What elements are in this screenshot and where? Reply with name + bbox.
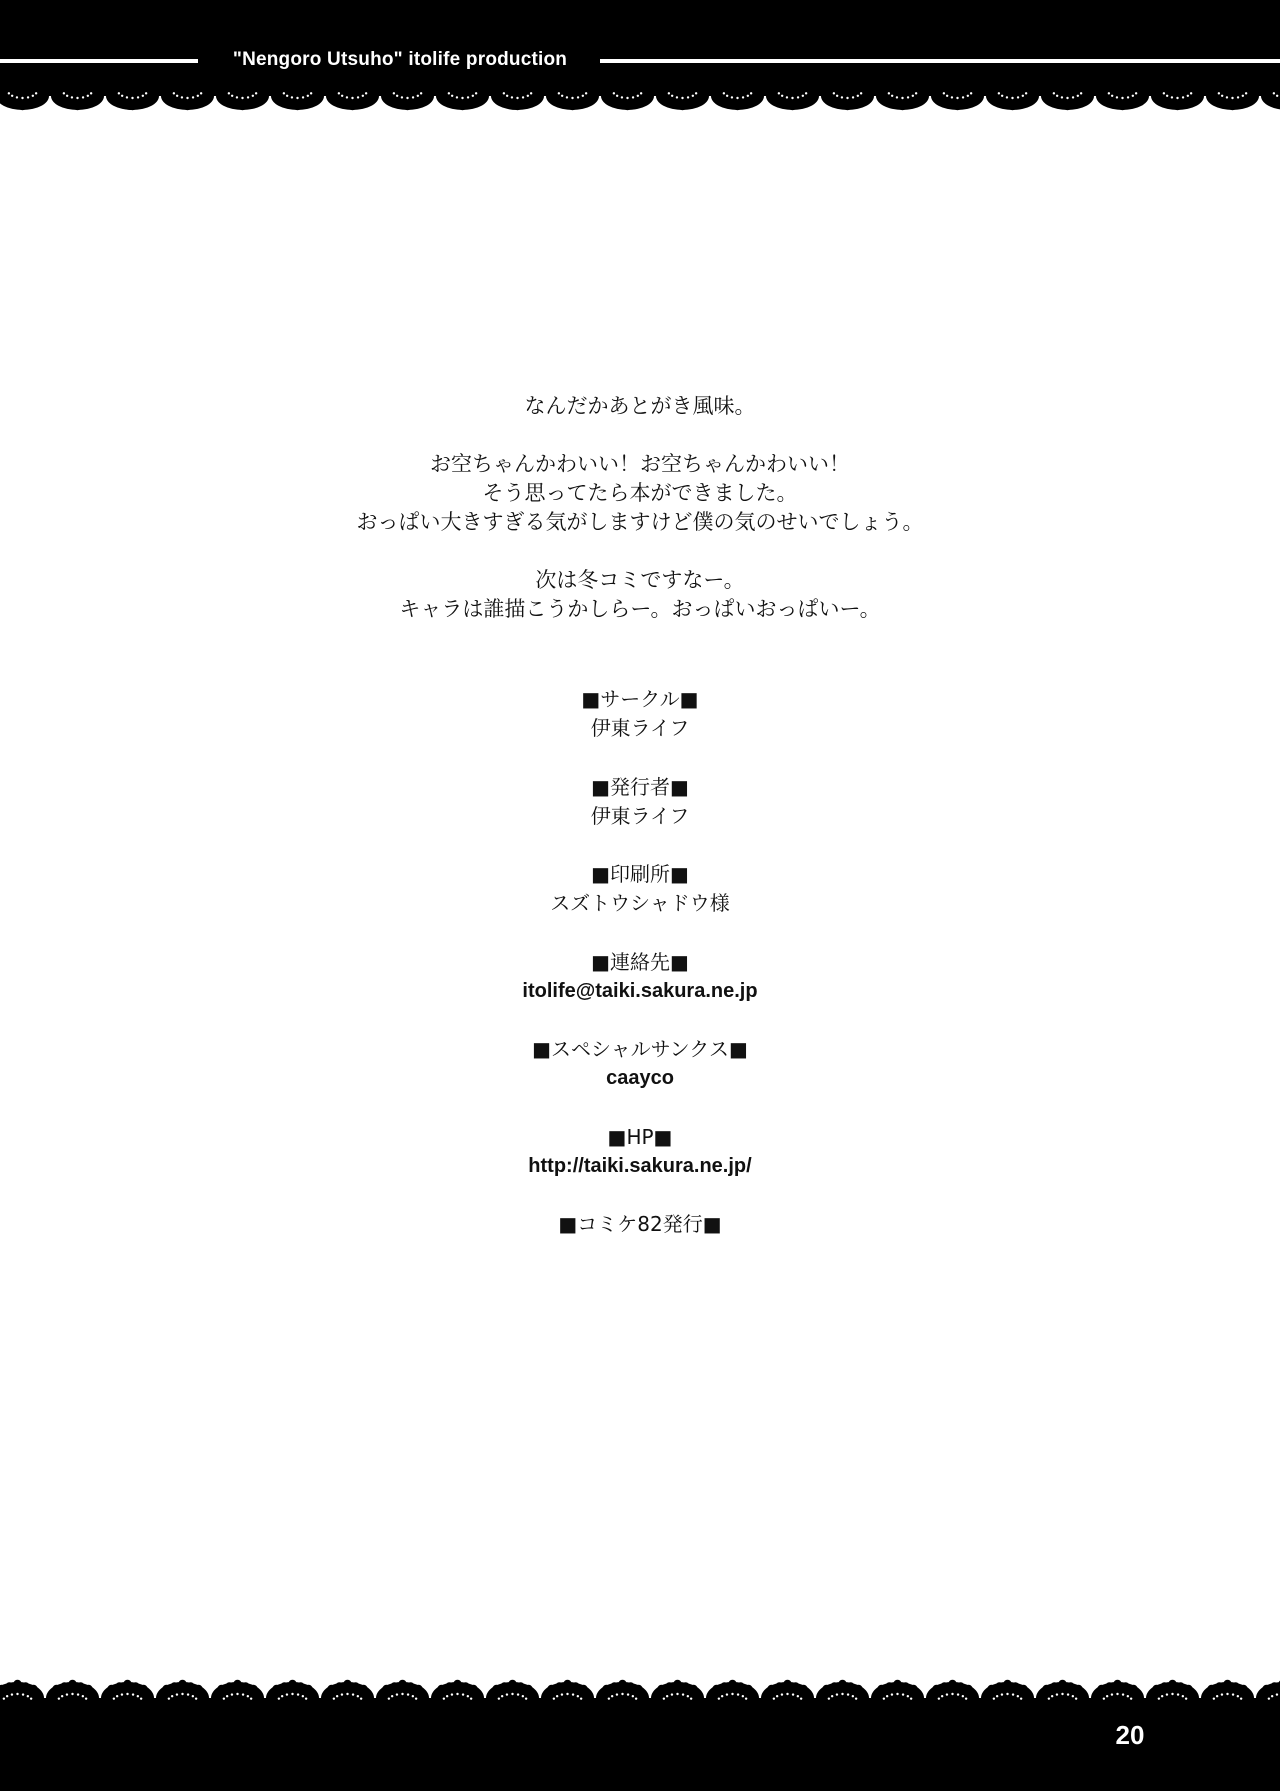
credit-value: 伊東ライフ	[0, 714, 1280, 743]
footer-band	[0, 1700, 1280, 1791]
afterword-line: 次は冬コミですなー。	[0, 566, 1280, 595]
credit-homepage: ■HP■ http://taiki.sakura.ne.jp/	[0, 1123, 1280, 1211]
credit-special-thanks: ■スペシャルサンクス■ caayco	[0, 1035, 1280, 1123]
contact-email: itolife@taiki.sakura.ne.jp	[0, 977, 1280, 1006]
header-title: "Nengoro Utsuho" itolife production	[205, 48, 595, 72]
header-title-row: "Nengoro Utsuho" itolife production	[0, 48, 1280, 72]
credit-label: ■発行者■	[0, 773, 1280, 802]
credit-contact: ■連絡先■ itolife@taiki.sakura.ne.jp	[0, 948, 1280, 1036]
afterword-line: なんだかあとがき風味。	[0, 392, 1280, 421]
header-rule-left	[0, 59, 198, 63]
credit-publisher: ■発行者■ 伊東ライフ	[0, 773, 1280, 861]
credit-printer: ■印刷所■ スズトウシャドウ様	[0, 860, 1280, 948]
credit-circle: ■サークル■ 伊東ライフ	[0, 685, 1280, 773]
credit-value: 伊東ライフ	[0, 802, 1280, 831]
credit-label: ■コミケ82発行■	[0, 1210, 1280, 1239]
page-number: 20	[1100, 1720, 1160, 1750]
colophon: ■サークル■ 伊東ライフ ■発行者■ 伊東ライフ ■印刷所■ スズトウシャドウ様…	[0, 685, 1280, 1298]
lace-border-top-icon	[0, 88, 1280, 120]
afterword-line: そう思ってたら本ができました。	[0, 479, 1280, 508]
homepage-url: http://taiki.sakura.ne.jp/	[0, 1152, 1280, 1181]
header-rule-right	[600, 59, 1280, 63]
afterword-line: キャラは誰描こうかしらー。おっぱいおっぱいー。	[0, 595, 1280, 624]
credit-label: ■サークル■	[0, 685, 1280, 714]
credit-value: caayco	[0, 1064, 1280, 1093]
credit-label: ■スペシャルサンクス■	[0, 1035, 1280, 1064]
afterword-line: お空ちゃんかわいい！お空ちゃんかわいい！	[0, 450, 1280, 479]
credit-value: スズトウシャドウ様	[0, 889, 1280, 918]
credit-label: ■連絡先■	[0, 948, 1280, 977]
credit-event: ■コミケ82発行■	[0, 1210, 1280, 1298]
credit-label: ■印刷所■	[0, 860, 1280, 889]
credit-label: ■HP■	[0, 1123, 1280, 1152]
afterword-line: おっぱい大きすぎる気がしますけど僕の気のせいでしょう。	[0, 508, 1280, 537]
afterword: なんだかあとがき風味。 お空ちゃんかわいい！お空ちゃんかわいい！ そう思ってたら…	[0, 392, 1280, 624]
